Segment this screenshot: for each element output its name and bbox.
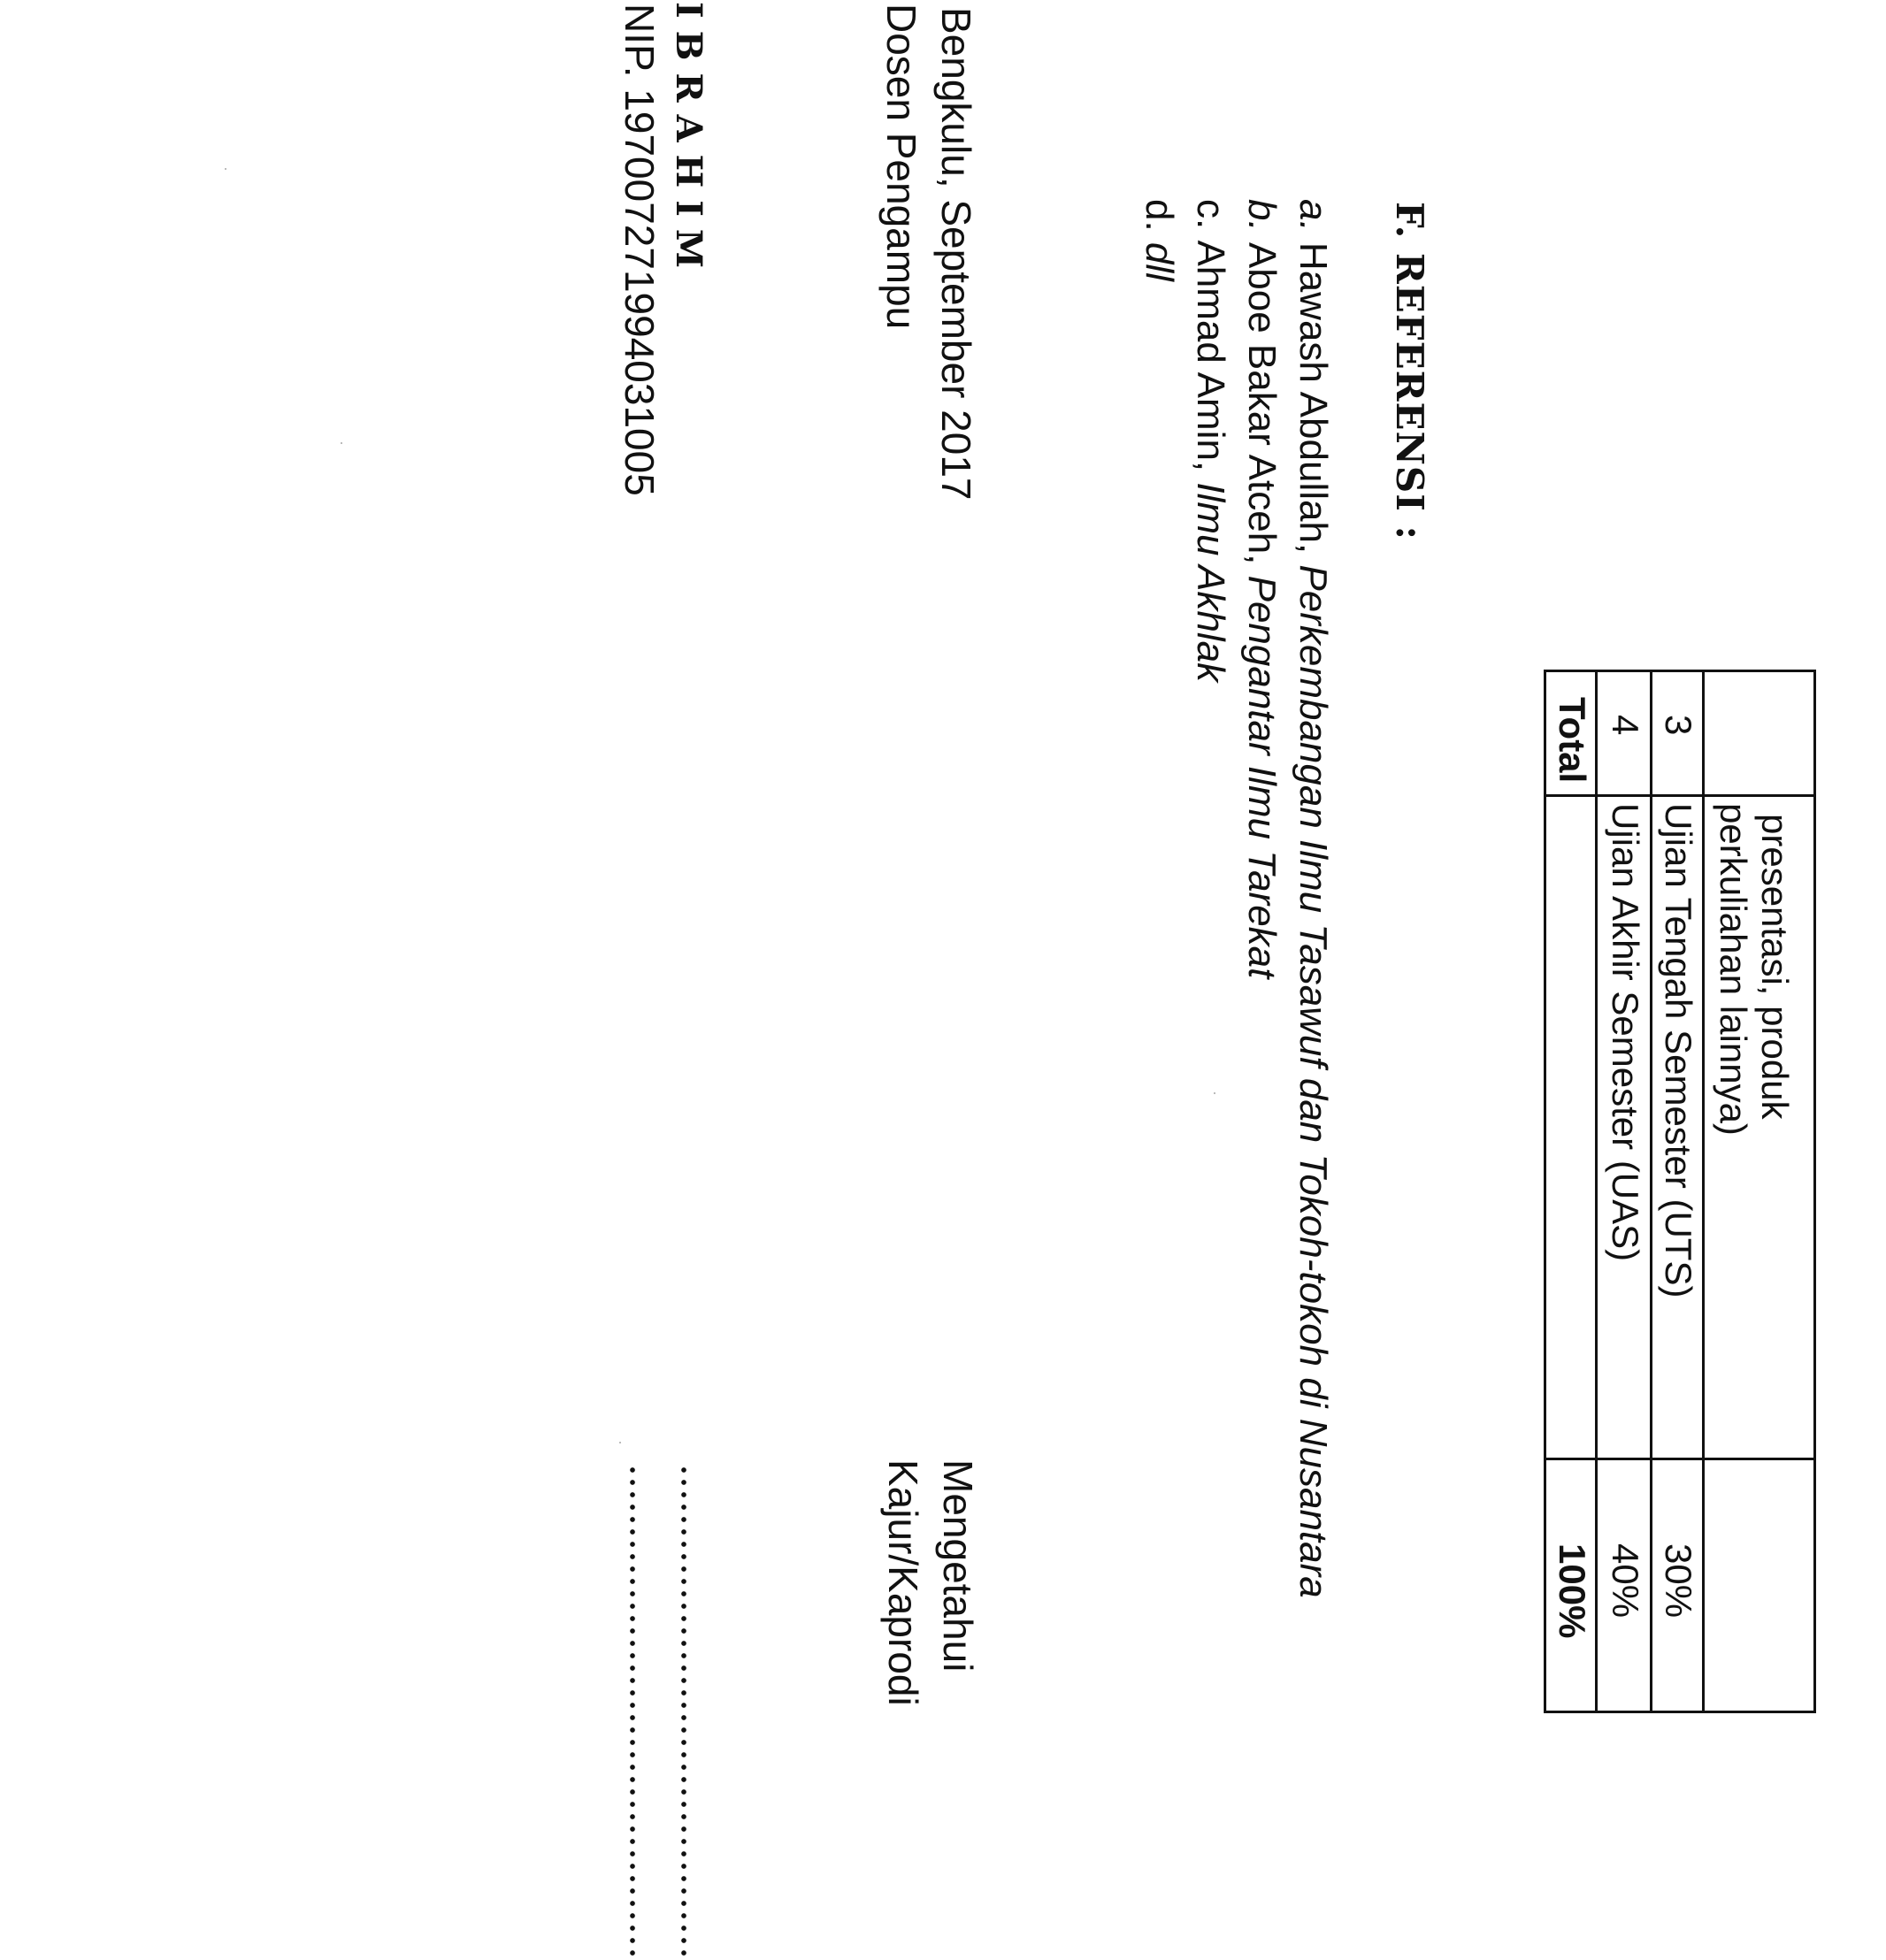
reference-title: Perkembangan Ilmu Tasawuf dan Tokoh-toko…	[1292, 564, 1335, 1597]
scan-speck	[225, 168, 226, 170]
reference-item: b. Aboe Bakar Atceh, Pengantar Ilmu Tare…	[1242, 199, 1281, 978]
head-name-line	[681, 1464, 686, 1959]
head-nip-line	[630, 1464, 635, 1959]
table-row-divider	[1595, 672, 1598, 1711]
row-number: 3	[1660, 715, 1697, 735]
total-label: Total	[1553, 697, 1591, 783]
reference-item: c. Ahmad Amin, Ilmu Akhlak	[1191, 199, 1230, 682]
lecturer-role: Dosen Pengampu	[881, 4, 922, 329]
reference-title: Pengantar Ilmu Tarekat	[1240, 576, 1284, 979]
component-cell: perkuliahan lainnya)	[1714, 803, 1752, 1136]
weight-cell: 40%	[1606, 1543, 1644, 1618]
reference-item: a. Hawash Abdullah, Perkembangan Ilmu Ta…	[1293, 199, 1332, 1598]
head-role: Kajur/Kaprodi	[883, 1459, 924, 1706]
reference-marker: c.	[1189, 199, 1232, 240]
row-number: 4	[1606, 715, 1644, 735]
table-col-divider	[1546, 1458, 1813, 1460]
component-cell: Ujian Akhir Semester (UAS)	[1606, 803, 1644, 1261]
scan-speck	[619, 1442, 621, 1443]
table-col-divider	[1546, 794, 1813, 797]
reference-marker: b.	[1240, 199, 1284, 242]
reference-author: Hawash Abdullah,	[1292, 242, 1335, 564]
reference-item: d. dll	[1139, 199, 1178, 281]
scan-speck	[1214, 1092, 1215, 1094]
place-date: Bengkulu, September 2017	[936, 7, 977, 501]
lecturer-name: I B R A H I M	[671, 2, 706, 268]
scan-speck	[341, 442, 342, 444]
reference-marker: a.	[1292, 199, 1335, 242]
lecturer-nip: NIP. 197007271994031005	[619, 4, 660, 496]
reference-author: Aboe Bakar Atceh,	[1240, 242, 1284, 576]
component-cell: presentasi, produk	[1756, 814, 1793, 1120]
reference-title: dll	[1138, 242, 1181, 281]
total-value: 100%	[1553, 1543, 1591, 1638]
table-row-divider	[1702, 672, 1705, 1711]
acknowledged-label: Mengetahui	[938, 1459, 978, 1672]
reference-author: Ahmad Amin,	[1189, 240, 1232, 482]
references-heading: F. REFERENSI :	[1391, 202, 1428, 540]
assessment-table: presentasi, produk perkuliahan lainnya) …	[1544, 670, 1816, 1713]
reference-marker: d.	[1138, 199, 1181, 242]
weight-cell: 30%	[1660, 1543, 1697, 1618]
component-cell: Ujian Tengah Semester (UTS)	[1660, 803, 1697, 1298]
table-row-divider	[1650, 672, 1652, 1711]
reference-title: Ilmu Akhlak	[1189, 482, 1232, 682]
